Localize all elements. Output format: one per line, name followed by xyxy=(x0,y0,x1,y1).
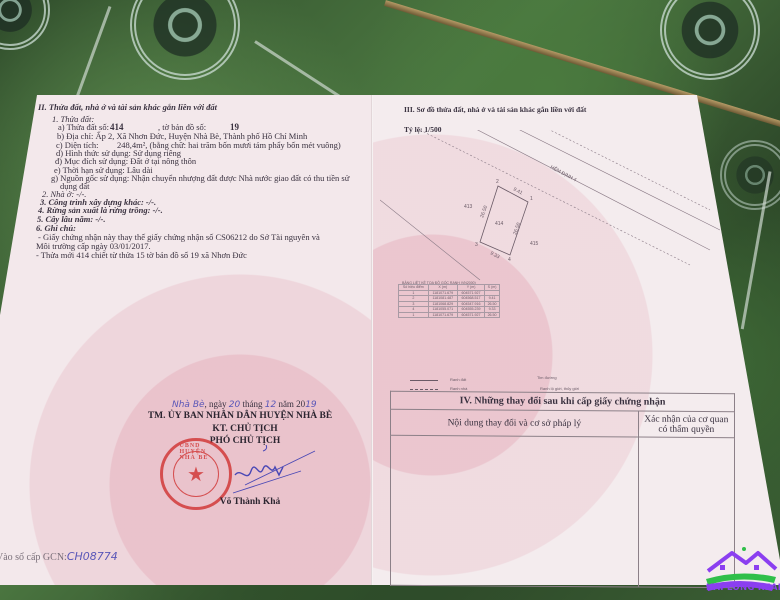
coord-cell: 1181081.487 xyxy=(428,296,457,302)
year-label: năm 20 xyxy=(278,399,305,409)
changes-title: IV. Những thay đổi sau khi cấp giấy chứn… xyxy=(391,391,735,411)
coord-cell: 1181071.679 xyxy=(428,290,457,296)
page-fold xyxy=(371,95,373,585)
coord-cell: 1181068.829 xyxy=(428,301,457,307)
corner-4: 4 xyxy=(508,257,511,263)
confirmation-line-1: Xác nhận của cơ quan xyxy=(644,414,728,425)
edge-right: 26.50 xyxy=(512,222,522,236)
signing-date: Nhà Bè, ngày 20 tháng 12 năm 2019 xyxy=(172,399,317,410)
changes-col-content: Nội dung thay đổi và cơ sở pháp lý xyxy=(391,409,639,437)
changes-content-cell xyxy=(391,435,639,587)
coord-cell: 1181071.679 xyxy=(428,312,457,318)
parcel-415: 415 xyxy=(530,241,539,247)
legend-land-boundary: Ranh đất xyxy=(450,377,466,382)
legend-line-dashed xyxy=(410,389,438,390)
coordinate-table: Số hiệu điểmX (m)Y (m)S (m) 11181071.679… xyxy=(398,284,500,318)
edge-left: 26.50 xyxy=(479,205,489,219)
coord-cell: 1 xyxy=(399,312,429,318)
coord-header: Số hiệu điểm xyxy=(399,285,429,291)
legend-canal-boundary: Ranh lộ giới, thủy giới xyxy=(540,386,579,391)
day-label: , ngày xyxy=(205,399,227,409)
corner-1: 1 xyxy=(530,196,533,202)
signature xyxy=(205,445,325,495)
floor-ornament xyxy=(0,0,50,50)
changes-col-confirmation: Xác nhận của cơ quan có thẩm quyền xyxy=(638,411,734,438)
signer-name: Võ Thành Khả xyxy=(210,497,290,507)
corner-3: 3 xyxy=(475,242,478,248)
floor-ornament xyxy=(130,0,240,80)
brand-name: HAI LONG REAL xyxy=(706,583,780,593)
section-title-ii: II. Thửa đất, nhà ở và tài sản khác gắn … xyxy=(38,103,217,113)
land-origin: g) Nguồn gốc sử dụng: Nhận chuyển nhượng… xyxy=(51,174,349,184)
legend-line-solid xyxy=(410,380,438,381)
road-label: HẺM ĐỊNH 4 xyxy=(549,164,578,184)
parcel-413: 413 xyxy=(464,204,473,210)
authority: TM. ỦY BAN NHÂN DÂN HUYỆN NHÀ BÈ xyxy=(140,411,340,421)
registry-number: Vào sổ cấp GCN:CH08774 xyxy=(0,551,118,564)
changes-table: IV. Những thay đổi sau khi cấp giấy chứn… xyxy=(390,391,735,588)
coord-row: 11181071.679604571.92726.50 xyxy=(399,312,500,318)
registry-value: CH08774 xyxy=(67,550,118,563)
edge-top: 9.41 xyxy=(512,186,524,196)
parcel-414: 414 xyxy=(495,221,504,227)
coord-cell: 1181055.071 xyxy=(428,307,457,313)
coord-cell: 26.50 xyxy=(485,312,500,318)
edge-bottom: 9.33 xyxy=(489,250,501,260)
month-label: tháng xyxy=(242,399,262,409)
signing-month: 12 xyxy=(265,400,276,410)
corner-2: 2 xyxy=(496,179,499,185)
signing-year: 19 xyxy=(305,400,316,410)
legend-road-center: Tim đường xyxy=(537,375,557,380)
signing-day: 20 xyxy=(229,400,240,410)
parcel-diagram: HẺM ĐỊNH 4 413 414 415 9.41 26.50 26.50 … xyxy=(380,130,780,370)
section-title-iii: III. Sơ đồ thửa đất, nhà ở và tài sản kh… xyxy=(404,106,586,115)
signing-place: Nhà Bè xyxy=(172,400,205,410)
confirmation-line-2: có thẩm quyền xyxy=(658,424,714,434)
floor-ornament xyxy=(660,0,760,80)
on-behalf: KT. CHỦ TỊCH xyxy=(200,424,290,434)
registry-label: Vào sổ cấp GCN: xyxy=(0,552,67,563)
coord-cell: 604571.927 xyxy=(457,312,484,318)
note-line-3: - Thửa mới 414 chiết từ thửa 15 tờ bản đ… xyxy=(36,251,247,261)
